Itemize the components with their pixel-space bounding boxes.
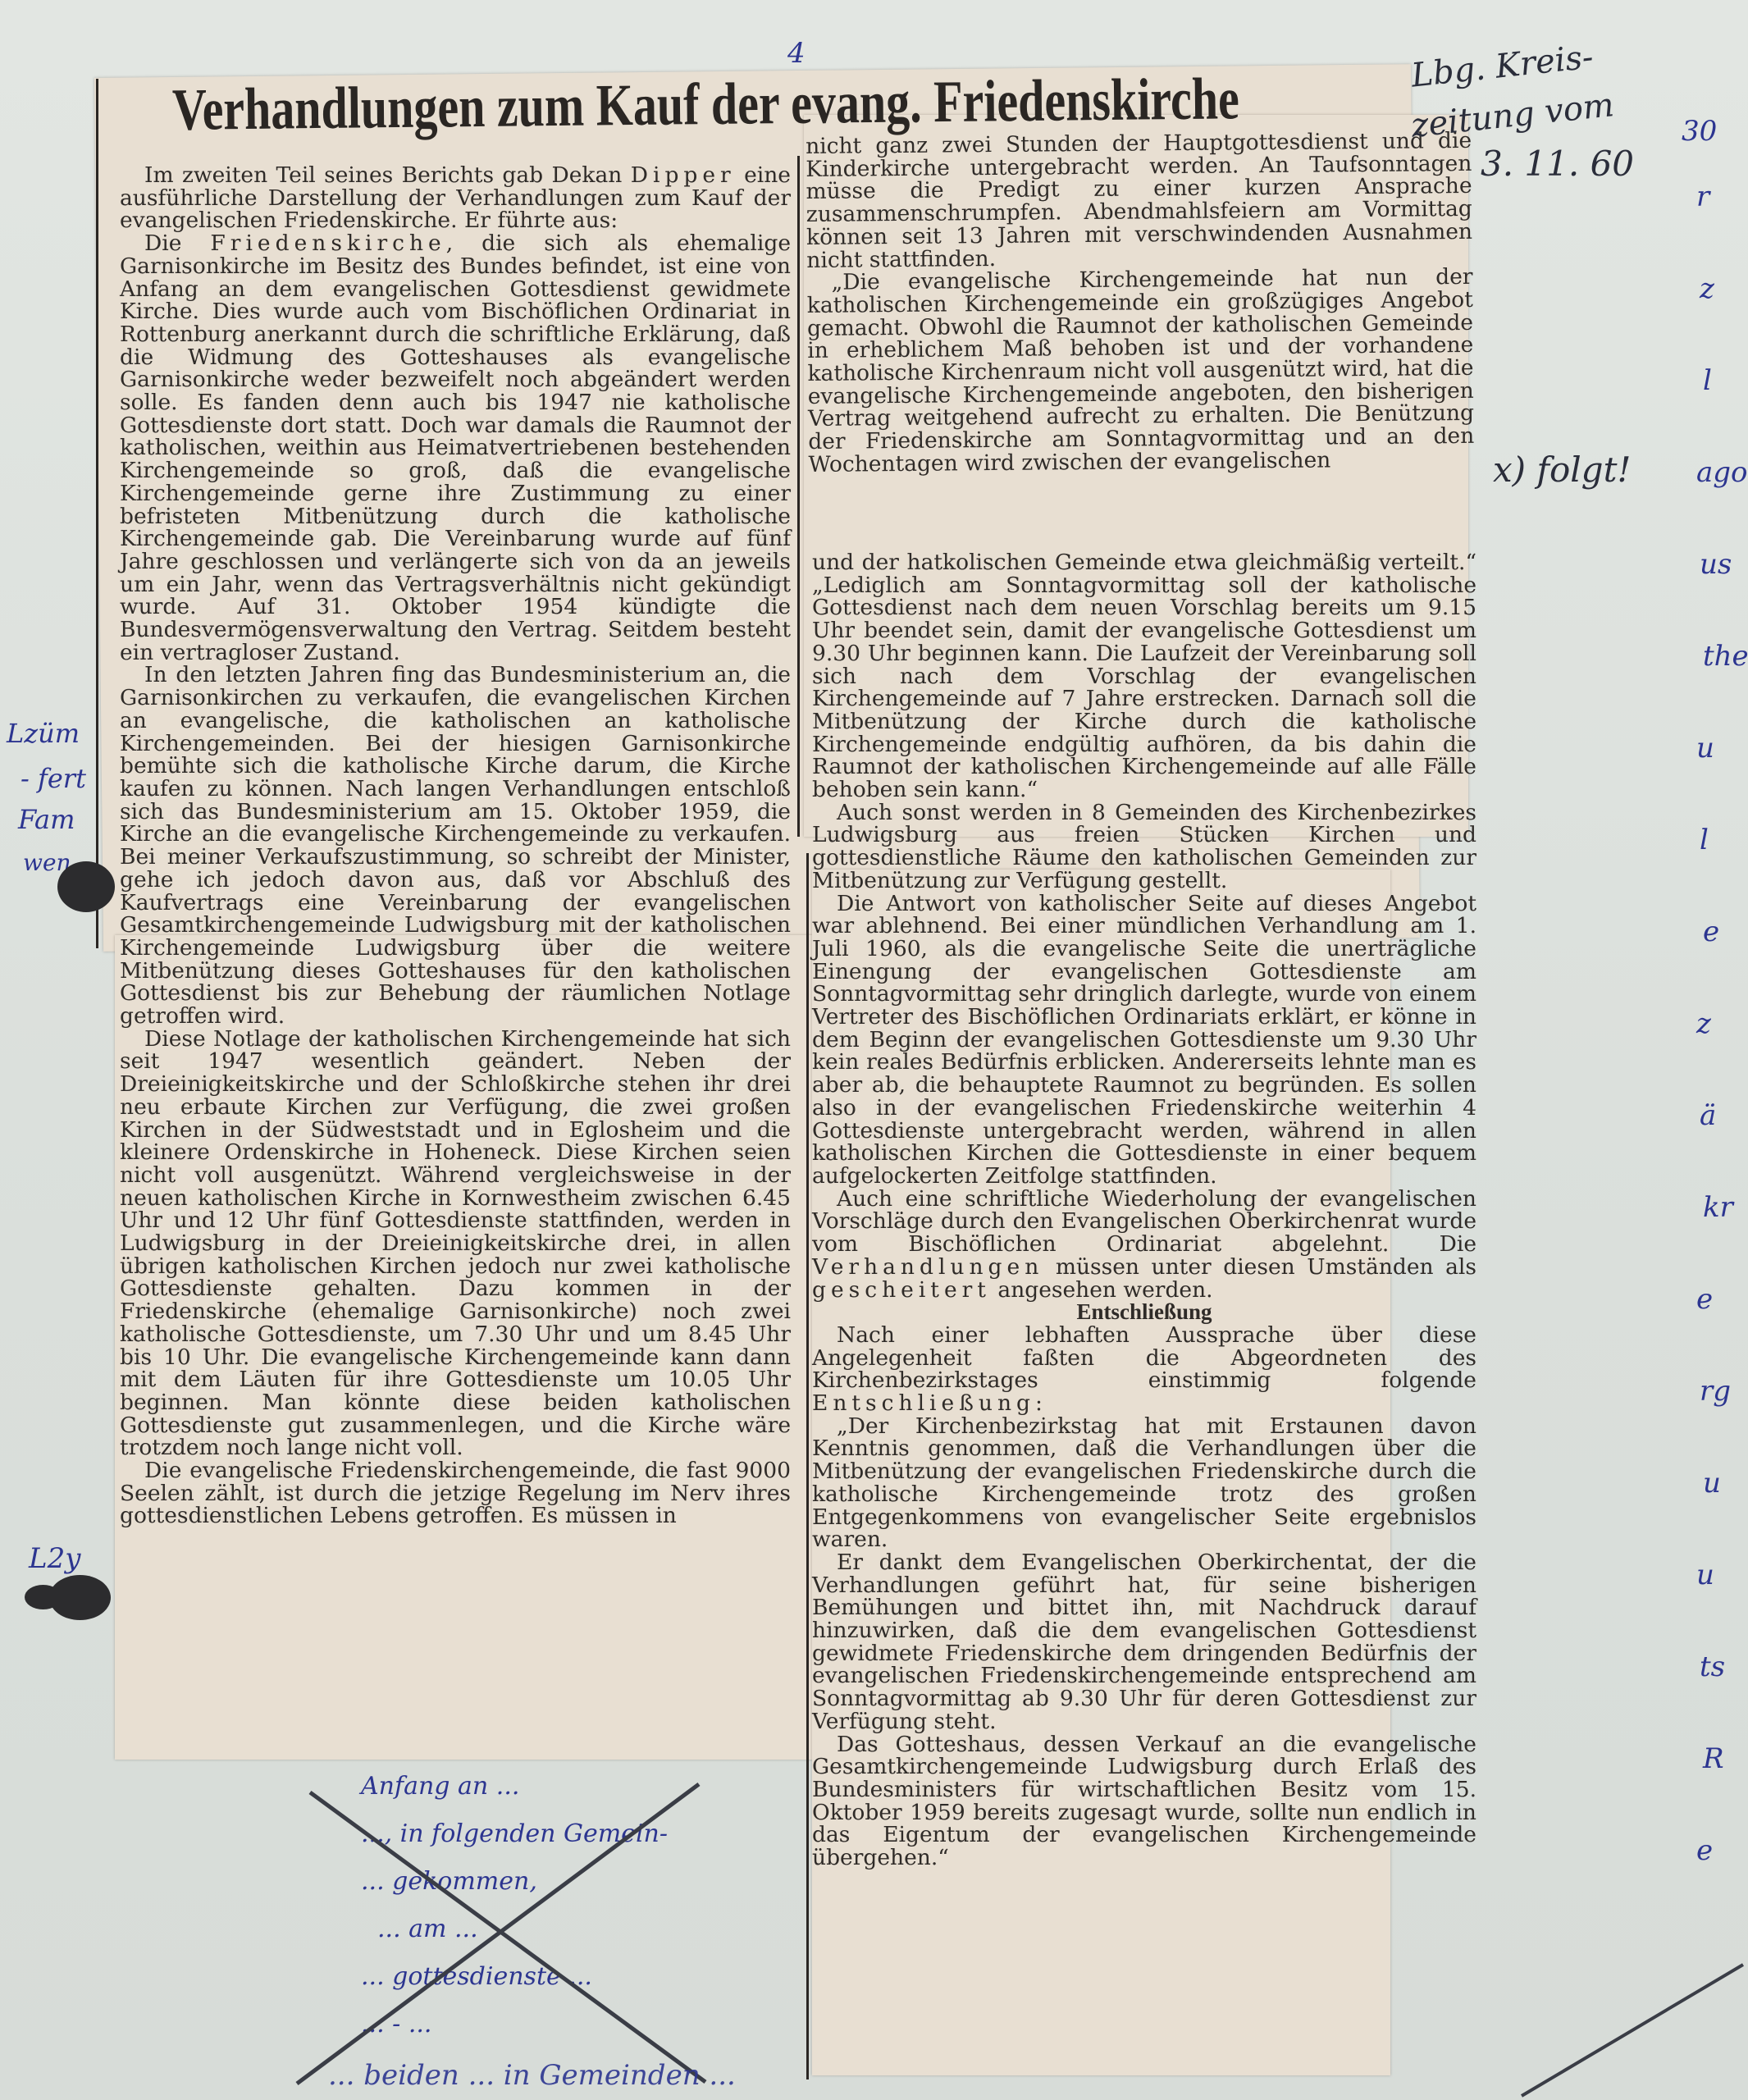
strike-through-x	[0, 0, 1748, 2100]
bottom-note-line: ... beiden ... in Gemeinden ...	[328, 2059, 736, 2092]
